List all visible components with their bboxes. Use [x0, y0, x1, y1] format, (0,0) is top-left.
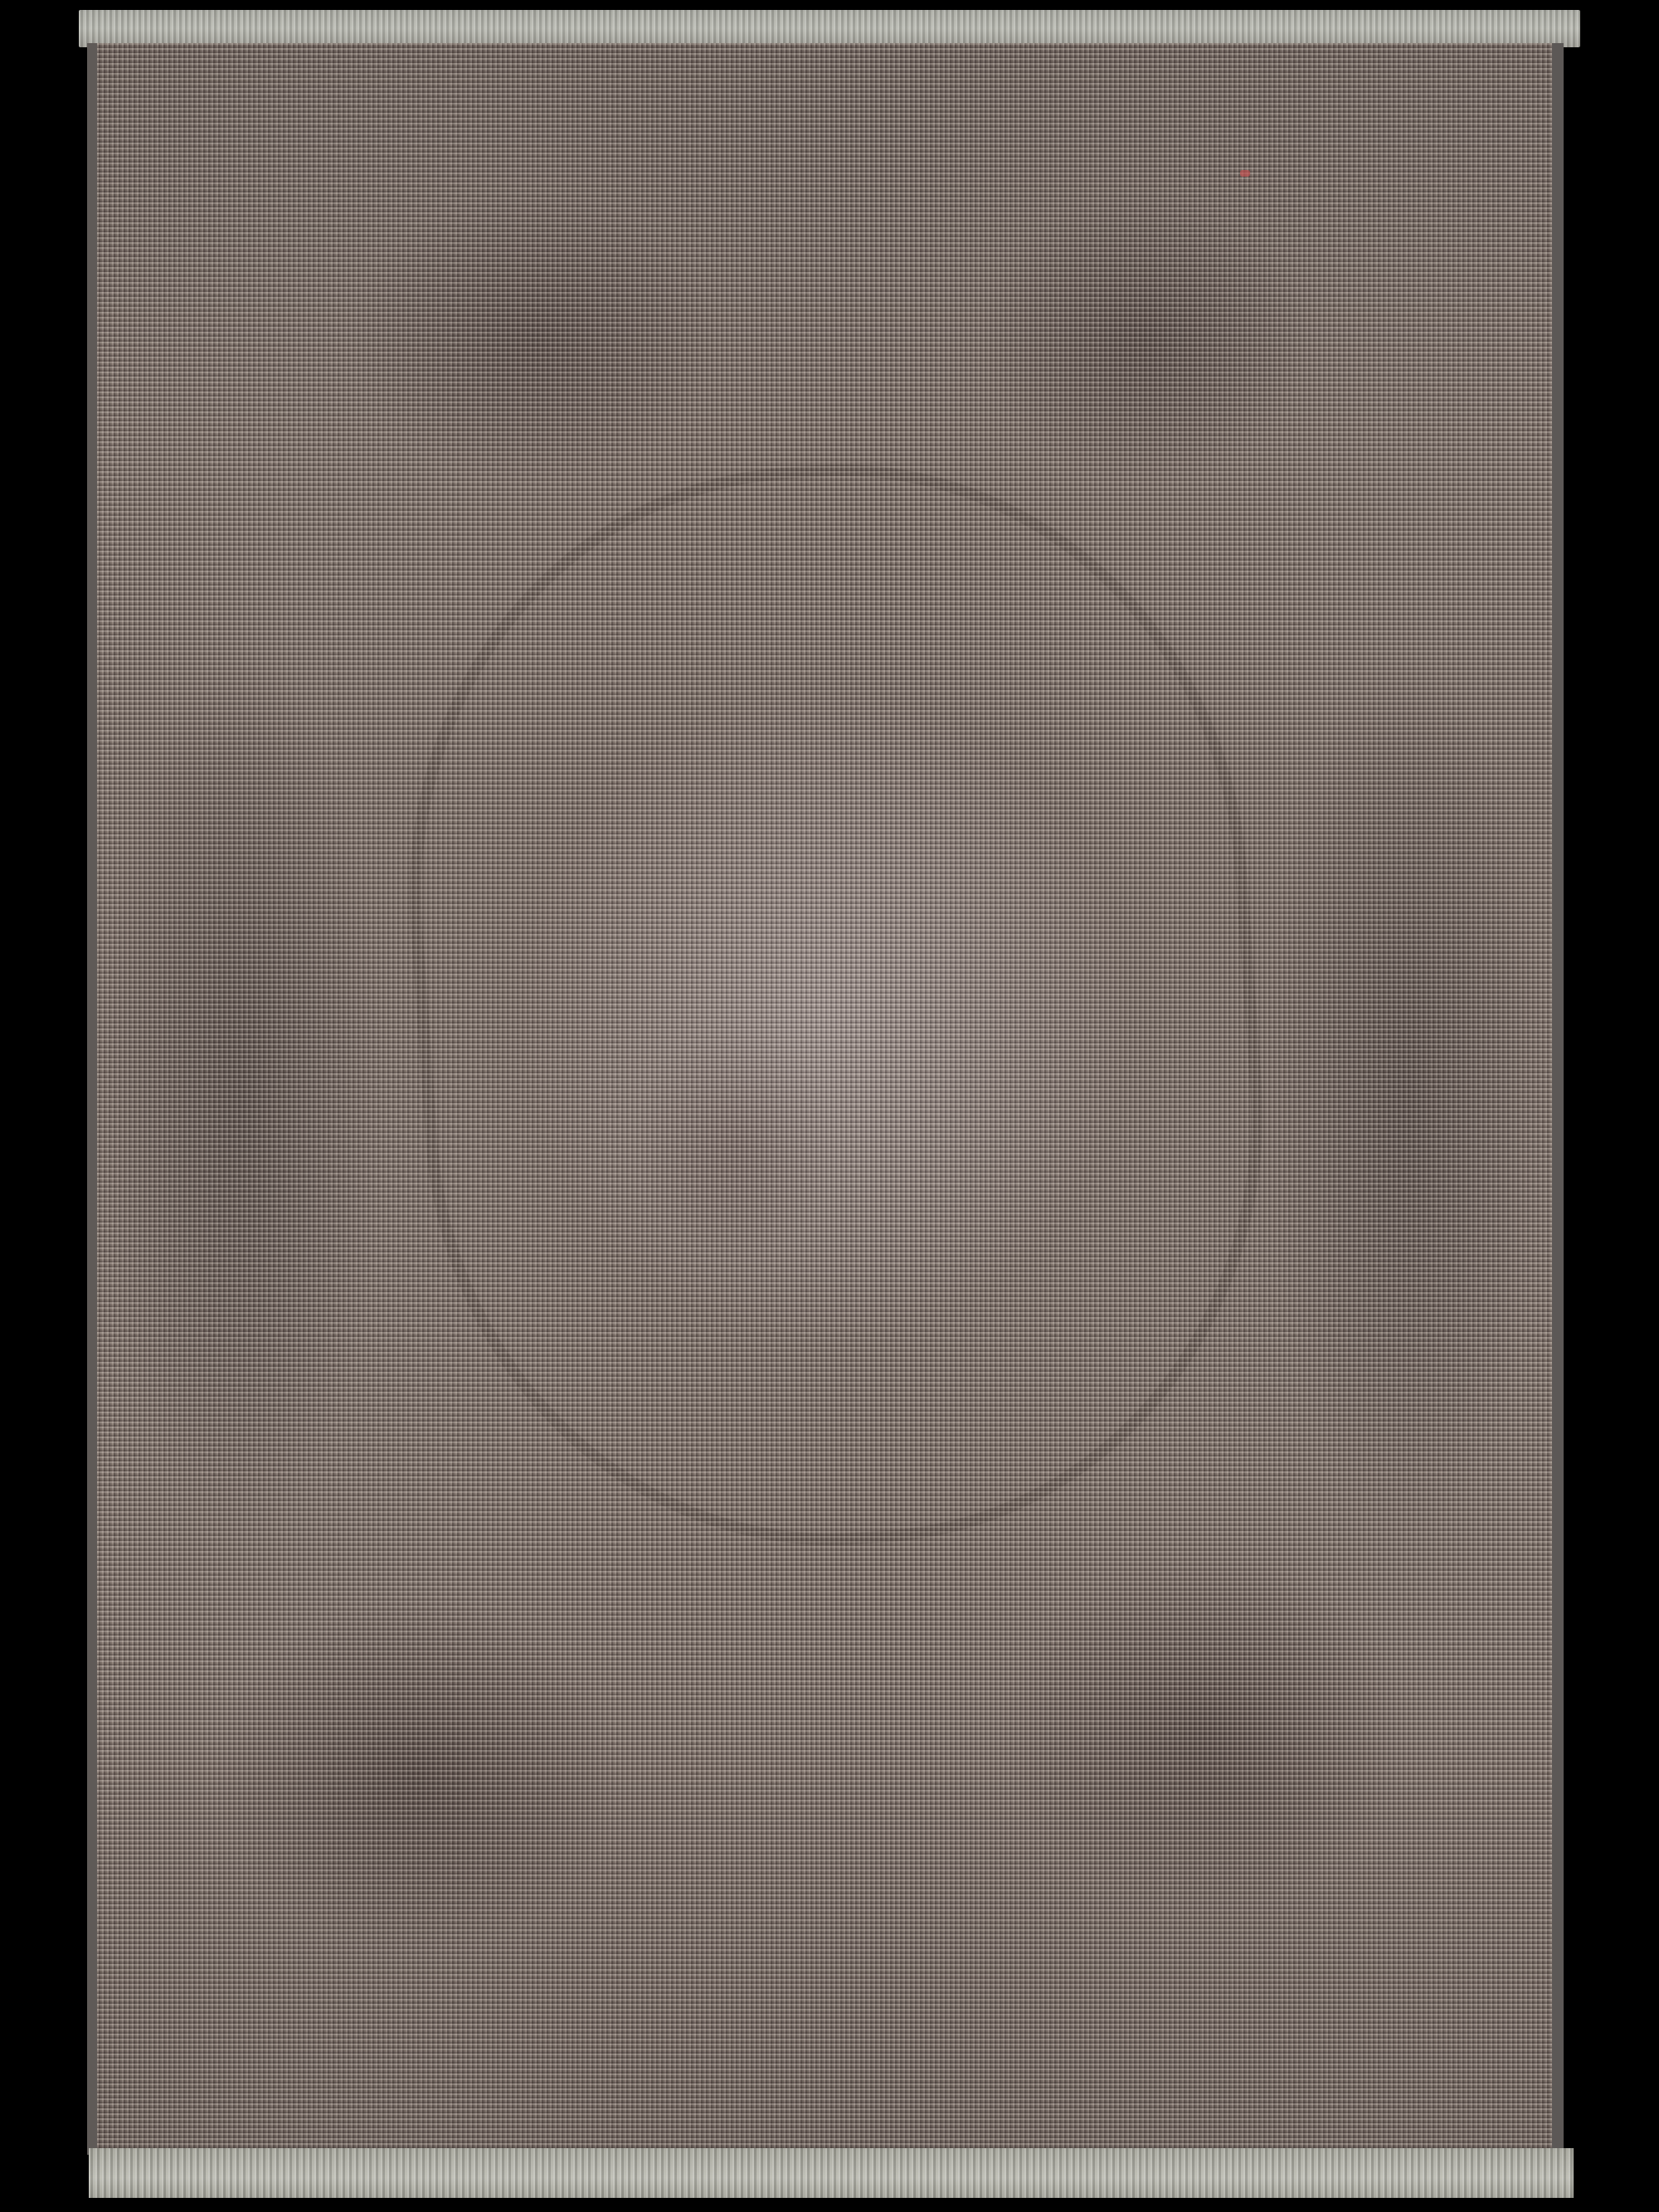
- bottom-fringe: [89, 2148, 1574, 2198]
- rug: [79, 10, 1580, 2198]
- red-thread-accent: [1240, 170, 1250, 177]
- top-fringe: [79, 10, 1580, 47]
- weave-texture: [97, 43, 1552, 2155]
- rug-field: [87, 43, 1564, 2155]
